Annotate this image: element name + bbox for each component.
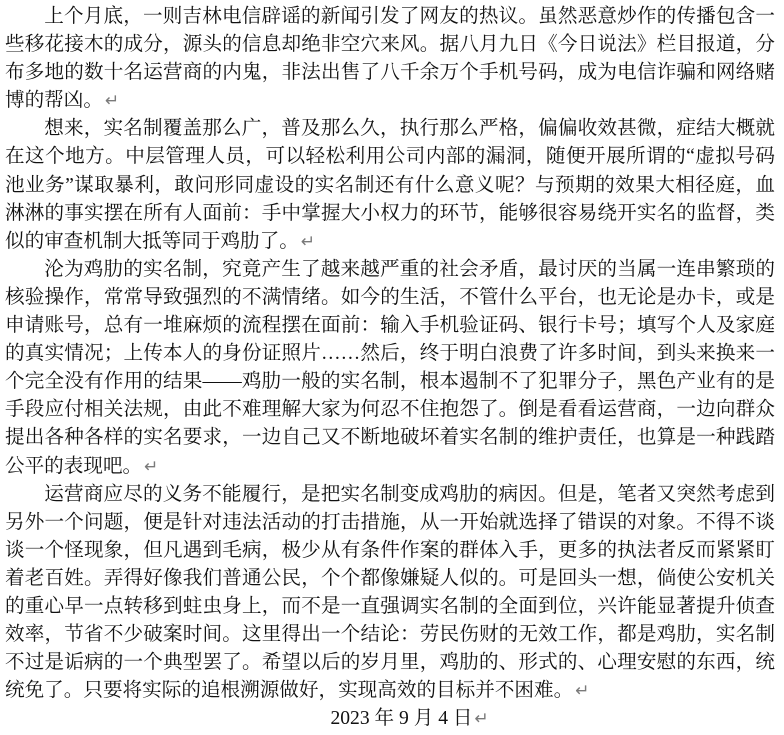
paragraph-text: 沦为鸡肋的实名制，究竟产生了越来越严重的社会矛盾，最讨厌的当属一连串繁琐的核验操… [5, 259, 775, 477]
paragraph-text: 上个月底，一则吉林电信辟谣的新闻引发了网友的热议。虽然恶意炒作的传播包含一些移花… [5, 6, 775, 111]
paragraph-text: 运营商应尽的义务不能履行，是把实名制变成鸡肋的病因。但是，笔者又突然考虑到另外一… [5, 484, 775, 702]
paragraph: 想来，实名制覆盖那么广，普及那么久，执行那么严格，偏偏收效甚微，症结大概就在这个… [5, 115, 775, 255]
paragraph: 沦为鸡肋的实名制，究竟产生了越来越严重的社会矛盾，最讨厌的当属一连串繁琐的核验操… [5, 256, 775, 481]
paragraph-mark-icon: ↵ [573, 681, 589, 701]
paragraph-text: 想来，实名制覆盖那么广，普及那么久，执行那么严格，偏偏收效甚微，症结大概就在这个… [5, 118, 775, 251]
paragraph-mark-icon: ↵ [473, 709, 489, 729]
paragraph-mark-icon: ↵ [142, 457, 158, 477]
date-line: 2023 年 9 月 4 日↵ [5, 705, 775, 733]
date-text: 2023 年 9 月 4 日 [330, 708, 472, 729]
document-page: 上个月底，一则吉林电信辟谣的新闻引发了网友的热议。虽然恶意炒作的传播包含一些移花… [0, 0, 784, 735]
paragraph-mark-icon: ↵ [103, 91, 119, 111]
paragraph: 运营商应尽的义务不能履行，是把实名制变成鸡肋的病因。但是，笔者又突然考虑到另外一… [5, 481, 775, 706]
paragraph-mark-icon: ↵ [299, 232, 315, 252]
paragraph: 上个月底，一则吉林电信辟谣的新闻引发了网友的热议。虽然恶意炒作的传播包含一些移花… [5, 3, 775, 115]
